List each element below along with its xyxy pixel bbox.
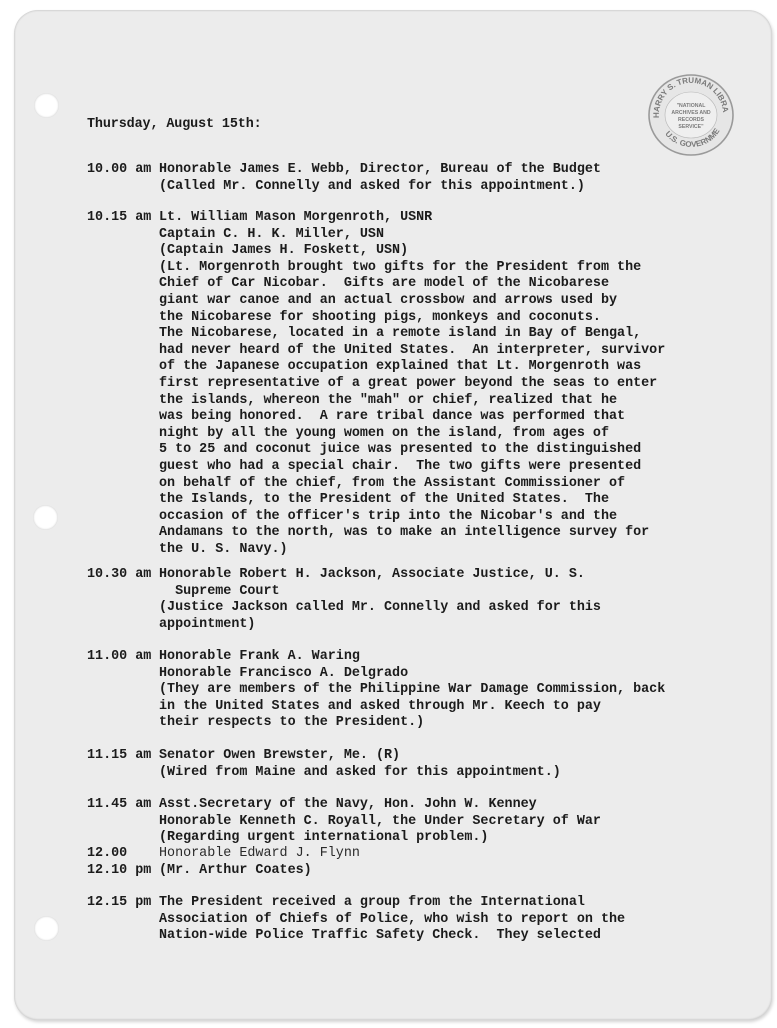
entry-line: had never heard of the United States. An… [159,343,665,360]
punch-hole-top [34,93,59,118]
entry-line: (Lt. Morgenroth brought two gifts for th… [159,260,665,277]
svg-text:"NATIONAL: "NATIONAL [677,103,707,109]
entry-time: 10.15 am [87,210,151,227]
entry-line: Honorable James E. Webb, Director, Burea… [159,162,601,179]
entry-line: Nation-wide Police Traffic Safety Check.… [159,928,625,945]
entry-line: occasion of the officer's trip into the … [159,509,665,526]
entry-line: appointment) [159,617,601,634]
entry-line: Lt. William Mason Morgenroth, USNR [159,210,665,227]
entry-line: Captain C. H. K. Miller, USN [159,227,665,244]
entry-line: of the Japanese occupation explained tha… [159,359,665,376]
entry-line: (Justice Jackson called Mr. Connelly and… [159,600,601,617]
entry-line: Supreme Court [159,584,601,601]
entry-line: Honorable Kenneth C. Royall, the Under S… [159,814,601,831]
punch-hole-middle [33,505,58,530]
entry-line: the Nicobarese for shooting pigs, monkey… [159,310,665,327]
entry-line: in the United States and asked through M… [159,699,665,716]
entry-body: Honorable Robert H. Jackson, Associate J… [159,567,601,633]
entry-line: giant war canoe and an actual crossbow a… [159,293,665,310]
entry-time: 11.00 am [87,649,151,666]
entry-body: Honorable Edward J. Flynn [159,846,360,863]
entry-line: Senator Owen Brewster, Me. (R) [159,748,561,765]
svg-text:SERVICE": SERVICE" [678,124,704,130]
entry-body: The President received a group from the … [159,895,625,945]
entry-line: (Captain James H. Foskett, USN) [159,243,665,260]
entry-time: 12.15 pm [87,895,151,912]
entry-line: The Nicobarese, located in a remote isla… [159,326,665,343]
entry-line: night by all the young women on the isla… [159,426,665,443]
entry-line: (Regarding urgent international problem.… [159,830,601,847]
entry-line: Association of Chiefs of Police, who wis… [159,912,625,929]
entry-line: (Called Mr. Connelly and asked for this … [159,179,601,196]
entry-body: Senator Owen Brewster, Me. (R) (Wired fr… [159,748,561,781]
entry-line: Chief of Car Nicobar. Gifts are model of… [159,276,665,293]
entry-body: Asst.Secretary of the Navy, Hon. John W.… [159,797,601,847]
entry-line: guest who had a special chair. The two g… [159,459,665,476]
entry-line: Honorable Edward J. Flynn [159,846,360,863]
entry-line: their respects to the President.) [159,715,665,732]
entry-line: The President received a group from the … [159,895,625,912]
entry-line: on behalf of the chief, from the Assista… [159,476,665,493]
entry-time: 10.00 am [87,162,151,179]
archive-stamp-icon: HARRY S. TRUMAN LIBRARY U.S. GOVERNMENT … [645,72,737,158]
entry-time: 10.30 am [87,567,151,584]
svg-text:RECORDS: RECORDS [678,117,704,123]
entry-line: the islands, whereon the "mah" or chief,… [159,393,665,410]
entry-line: Asst.Secretary of the Navy, Hon. John W.… [159,797,601,814]
entry-line: Honorable Robert H. Jackson, Associate J… [159,567,601,584]
entry-line: the Islands, to the President of the Uni… [159,492,665,509]
entry-body: Honorable Frank A. Waring Honorable Fran… [159,649,665,732]
entry-time: 12.10 pm [87,863,151,880]
entry-time: 11.15 am [87,748,151,765]
entry-line: Honorable Frank A. Waring [159,649,665,666]
page-heading: Thursday, August 15th: [87,117,262,134]
entry-time: 11.45 am [87,797,151,814]
svg-text:ARCHIVES AND: ARCHIVES AND [671,110,711,116]
entry-body: Honorable James E. Webb, Director, Burea… [159,162,601,195]
entry-time: 12.00 [87,846,127,863]
entry-line: the U. S. Navy.) [159,542,665,559]
entry-line: (They are members of the Philippine War … [159,682,665,699]
entry-line: (Wired from Maine and asked for this app… [159,765,561,782]
entry-body: (Mr. Arthur Coates) [159,863,312,880]
entry-body: Lt. William Mason Morgenroth, USNR Capta… [159,210,665,558]
entry-line: Andamans to the north, was to make an in… [159,525,665,542]
punch-hole-bottom [34,916,59,941]
entry-line: (Mr. Arthur Coates) [159,863,312,880]
entry-line: was being honored. A rare tribal dance w… [159,409,665,426]
entry-line: Honorable Francisco A. Delgrado [159,666,665,683]
entry-line: first representative of a great power be… [159,376,665,393]
entry-line: 5 to 25 and coconut juice was presented … [159,442,665,459]
